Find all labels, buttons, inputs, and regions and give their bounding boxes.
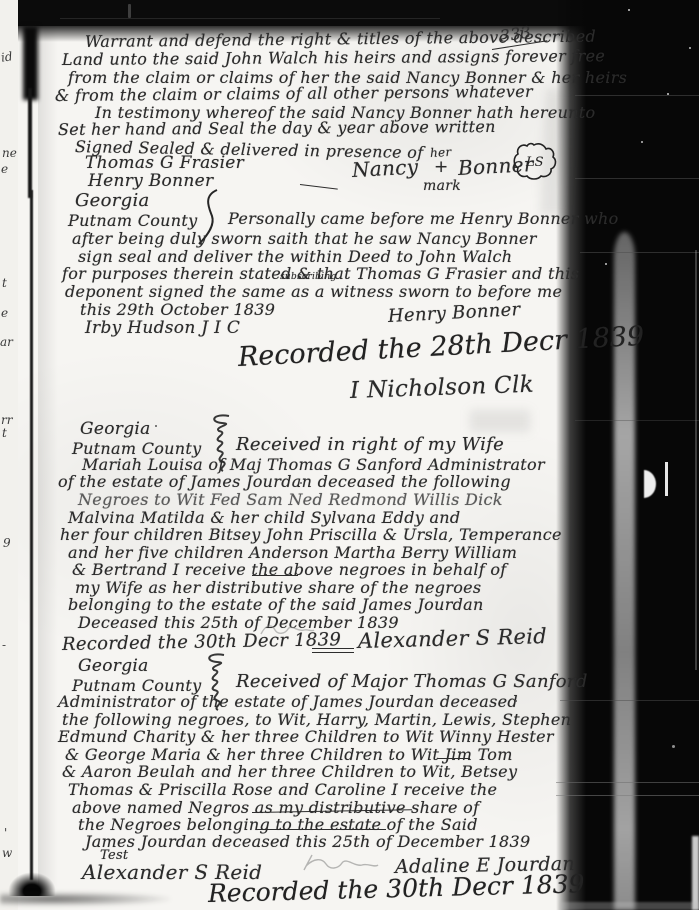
margin-fragment: ar (0, 335, 13, 349)
film-scratch (575, 95, 699, 96)
manuscript-line: Deceased this 25th of December 1839 (78, 613, 399, 632)
signer-signature: Alexander S Reid (358, 624, 548, 653)
manuscript-line: this 29th October 1839 (80, 300, 275, 319)
faint-scrawl (258, 620, 316, 638)
manuscript-line: of the estate of James Jourdan deceased … (58, 472, 511, 491)
underline-stroke (258, 829, 386, 830)
county-heading: Putnam County (68, 211, 197, 230)
margin-fragment: ne (2, 146, 17, 160)
page-gutter-shadow (38, 20, 58, 890)
signature-first-name: Nancy (351, 155, 418, 182)
manuscript-line: Negroes to Wit Fed Sam Ned Redmond Willi… (78, 490, 503, 509)
margin-fragment: - (2, 638, 6, 652)
state-heading: Georgia (78, 656, 149, 676)
film-scratch (580, 252, 699, 253)
film-edge-sliver (695, 250, 697, 670)
underline-stroke (438, 758, 470, 759)
manuscript-line: Received of Major Thomas G Sanford (236, 671, 588, 692)
manuscript-line: Set her hand and Seal the day & year abo… (58, 117, 496, 139)
faint-scrawl (300, 852, 380, 874)
film-speck (641, 141, 643, 143)
film-speck (672, 745, 675, 748)
manuscript-line: Edmund Charity & her three Children to W… (58, 727, 554, 746)
paper-speck (365, 642, 367, 644)
signature-mark-cross: + (434, 157, 449, 177)
gutter-line (28, 88, 32, 198)
manuscript-line: & Aaron Beulah and her three Children to… (62, 762, 517, 781)
margin-fragment: id (0, 49, 13, 64)
seal: LS (513, 143, 555, 179)
manuscript-line: deponent signed the same as a witness sw… (65, 282, 562, 301)
manuscript-line: Received in right of my Wife (236, 434, 504, 455)
witness-signature: Thomas G Frasier (85, 153, 244, 173)
manuscript-line: James Jourdan deceased this 25th of Dece… (85, 832, 530, 851)
film-bottom-gray (560, 902, 699, 910)
film-scratch (575, 178, 699, 179)
margin-fragment: rr (1, 413, 12, 427)
bottom-smear (0, 892, 170, 906)
margin-fragment: t (2, 426, 7, 440)
manuscript-line: Thomas & Priscilla Rose and Caroline I r… (68, 780, 497, 799)
paper-speck (240, 705, 242, 707)
paper-speck (300, 482, 302, 484)
paper-speck (155, 425, 157, 427)
manuscript-line: Land unto the said John Walch his heirs … (62, 46, 605, 69)
film-scratch (575, 420, 699, 421)
film-scratch (556, 795, 699, 796)
double-dash (312, 648, 354, 653)
film-scratch (556, 782, 699, 783)
signature-mark-label: mark (423, 178, 461, 194)
manuscript-line: Administrator of the estate of James Jou… (58, 692, 518, 711)
margin-fragment: e (1, 306, 8, 320)
film-edge-sliver (692, 836, 699, 910)
manuscript-line: belonging to the estate of the said Jame… (68, 595, 484, 614)
film-speck (689, 47, 691, 49)
manuscript-line: her four children Bitsey John Priscilla … (60, 525, 562, 544)
paper-speck (515, 700, 517, 702)
film-scratch (560, 700, 699, 701)
ink-bleed-ghost (470, 410, 530, 432)
gutter-line (30, 190, 33, 880)
margin-fragment: 9 (3, 536, 11, 550)
officer-name: Irby Hudson J I C (85, 318, 240, 338)
manuscript-line: & Bertrand I receive the above negroes i… (72, 560, 507, 579)
state-heading: Georgia (75, 190, 150, 211)
underline-stroke (252, 575, 298, 576)
manuscript-line: Personally came before me Henry Bonner w… (228, 209, 619, 228)
film-scratch (60, 18, 440, 19)
manuscript-line: after being duly sworn saith that he saw… (72, 229, 537, 248)
film-speck (628, 9, 630, 11)
state-heading: Georgia (80, 419, 151, 439)
margin-fragment: e (1, 162, 8, 176)
film-speck (605, 263, 607, 265)
scanned-deed-page: id ne e t e ar rr t 9 - ' w 333 Warrant … (0, 0, 699, 910)
film-line-mark (665, 462, 668, 496)
margin-fragment: t (2, 276, 7, 290)
film-notch (128, 4, 131, 18)
witness-signature: Henry Bonner (88, 171, 213, 191)
film-speck (667, 93, 669, 95)
margin-fragment: ' (4, 826, 7, 840)
margin-fragment: w (2, 846, 12, 860)
svg-text:LS: LS (525, 155, 544, 170)
inserted-word: subscribing (280, 272, 337, 282)
